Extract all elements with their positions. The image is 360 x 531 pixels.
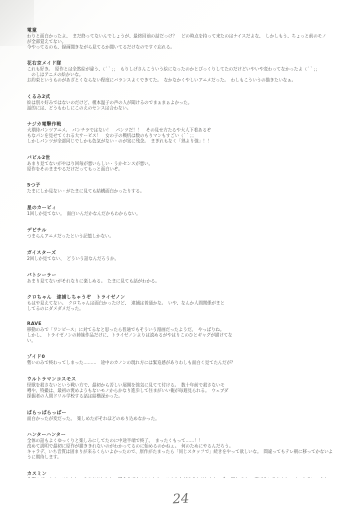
scanned-page-background: 電童 わりと面白かったよ、 まだ終ってないんでしょうが、最終回前の話だっけ？ ど… — [0, 0, 360, 531]
review-section: 電童 わりと面白かったよ、 まだ終ってないんでしょうが、最終回前の話だっけ？ ど… — [27, 26, 336, 50]
review-text-column: 電童 わりと面白かったよ、 まだ終ってないんでしょうが、最終回前の話だっけ？ ど… — [27, 26, 336, 478]
review-section: デビチル つまらんアニメだったという記憶しかない。 — [27, 226, 336, 239]
section-body: 怪獣を殺さないという戦い方で、最初から苦しい展開を強気に見てて付ける。 数十年前… — [27, 383, 336, 399]
section-title: 星のカービィ — [27, 204, 336, 211]
section-text-line: い。 — [27, 338, 336, 343]
section-title: ハンターハンター — [27, 431, 336, 438]
review-section: RAVE 移動のみで「ワンピース」に対てるなと思ったら普通でもそういう漫画だった… — [27, 321, 336, 344]
section-text-line: 今やってるのも、録画聞きながら見てるか聞いてるだけなのですぐ忘れる。 — [27, 45, 336, 50]
section-title: バトシーラー — [27, 271, 336, 278]
page-number: 24 — [166, 491, 197, 508]
section-body: 今期のダークホース！！！ うおおお！！！ 燃えるぜカスミン！！ こんな女があると… — [27, 477, 336, 478]
section-body: 大期待パンツアニメ。 パンチラではない！ パンツだ！！ その見せ方たるや大人下着… — [27, 128, 336, 144]
review-section: 花右京メイド隊 これも好き。 原作とは全然絵が違う、（´｀；； もりしげさんこう… — [27, 59, 336, 83]
review-section: ぱらっぱらっぱー 面白かったが変だった。 楽しめたがそれほどのめり込めなかった。 — [27, 408, 336, 421]
section-text-line: しかしパンツが全部同じでしかも色気がない・のが実に残念。 まぎれもなく「熟より強… — [27, 139, 336, 144]
section-text-line: つまらんアニメだったという記憶しかない。 — [27, 234, 336, 239]
section-title: カスミン — [27, 469, 336, 476]
review-section: ナジカ電撃作戦 大期待パンツアニメ。 パンチラではない！ パンツだ！！ その見せ… — [27, 120, 336, 144]
section-body: 絵は別々好みではないのだけど、榎本温子の声の人が聞けるのでまぁまぁよかった。話的… — [27, 100, 336, 111]
review-section: くるみ2式 絵は別々好みではないのだけど、榎本温子の声の人が聞けるのでまぁまぁよ… — [27, 92, 336, 111]
review-section: 星のカービィ 1回しか見てない。 面白いんだかなんだかもわからない。 — [27, 204, 336, 217]
section-text-line: 面白かったが変だった。 楽しめたがそれほどのめり込めなかった。 — [27, 416, 336, 421]
section-title: バビル2世 — [27, 153, 336, 160]
review-section: バビル2世 あまり見てないがやはり回毎が悪いらしい・うかセンスが悪い。原作をその… — [27, 153, 336, 172]
section-text-line: お約束というものがあざとくならない程度にバランスよくできてた。 なかなかくやしい… — [27, 78, 336, 83]
section-body: 面白かったが変だった。 楽しめたがそれほどのめり込めなかった。 — [27, 416, 336, 421]
section-body: 勢いのみで終わってしまった……… 途中のカノンの現れ方には緊迫感がありわしも面白… — [27, 361, 336, 366]
section-title: 5つ子 — [27, 181, 336, 188]
review-section: ガイスターズ 2回しか見てない、 どういう話なんだろうか。 — [27, 248, 336, 261]
section-body: あまり見てないがそれなりに楽しめる。 たまに見ても話がわかる。 — [27, 279, 336, 284]
section-text-line: 1回しか見てない。 面白いんだかなんだかもわからない。 — [27, 212, 336, 217]
section-text-line: 採掘者の人間ドリル学校する話は結構深かった。 — [27, 394, 336, 399]
review-section: 5つ子 たまにしか見ない・がたまに見ても結構面白かったりする。 — [27, 181, 336, 194]
section-title: ぱらっぱらっぱー — [27, 408, 336, 415]
section-title: ガイスターズ — [27, 248, 336, 255]
section-title: 電童 — [27, 26, 336, 33]
section-body: もはや見えてない。 クロちゃんは面白かったけど、 逮捕は普通かな。 いや、なんか… — [27, 301, 336, 312]
review-section: バトシーラー あまり見てないがそれなりに楽しめる。 たまに見ても話がわかる。 — [27, 271, 336, 284]
section-body: わりと面白かったよ、 まだ終ってないんでしょうが、最終回前の話だっけ？ どの時点… — [27, 34, 336, 50]
section-title: くるみ2式 — [27, 92, 336, 99]
review-section: クロちゃん 逮捕しちゃうぞ トライゼノン もはや見えてない。 クロちゃんは面白か… — [27, 293, 336, 312]
section-title: RAVE — [27, 321, 336, 327]
section-body: つまらんアニメだったという記憶しかない。 — [27, 234, 336, 239]
section-title: ナジカ電撃作戦 — [27, 120, 336, 127]
section-text-line: キャラデ、いち音質は固まりが来るくらいよかったので、原作がたまったら「同じスタッ… — [27, 449, 336, 454]
review-section: ハンターハンター 全体の話もよくゆっくりと楽しみにしてたのに中途半端で終了。 ま… — [27, 431, 336, 461]
section-text-line: 2回しか見てない、 どういう話なんだろうか。 — [27, 256, 336, 261]
section-title: 花右京メイド隊 — [27, 59, 336, 66]
section-text-line: わりと面白かったよ、 まだ終ってないんでしょうが、最終回前の話だっけ？ どの時点… — [27, 34, 336, 39]
section-body: 移動のみで「ワンピース」に対てるなと思ったら普通でもそういう漫画だったようだ。 … — [27, 327, 336, 343]
review-section: ゾイド0 勢いのみで終わってしまった……… 途中のカノンの現れ方には緊迫感があり… — [27, 353, 336, 366]
section-text-line: あまり見てないがそれなりに楽しめる。 たまに見ても話がわかる。 — [27, 279, 336, 284]
section-body: 1回しか見てない。 面白いんだかなんだかもわからない。 — [27, 212, 336, 217]
section-title: クロちゃん 逮捕しちゃうぞ トライゼノン — [27, 293, 336, 300]
section-text-line: 勢いのみで終わってしまった……… 途中のカノンの現れ方には緊迫感がありわしも面白… — [27, 361, 336, 366]
section-text-line: 話的には、どうもわしにこのえのセンスは合わない。 — [27, 106, 336, 111]
section-text-line: してるのにダメダメだった。 — [27, 307, 336, 312]
section-text-line: 原作をそのままやるだけだってもっと面白いぞ。 — [27, 167, 336, 172]
section-title: デビチル — [27, 226, 336, 233]
review-section: カスミン 今期のダークホース！！！ うおおお！！！ 燃えるぜカスミン！！ こんな… — [27, 469, 336, 478]
section-text-line: 今期のダークホース！！！ うおおお！！！ 燃えるぜカスミン！！ こんな女があると… — [27, 477, 336, 478]
section-title: ゾイド0 — [27, 353, 336, 360]
section-text-line: うに期待します。 — [27, 455, 336, 460]
section-body: たまにしか見ない・がたまに見ても結構面白かったりする。 — [27, 189, 336, 194]
section-body: 全体の話もよくゆっくりと楽しみにしてたのに中途半端で終了。 まったくもって……！… — [27, 439, 336, 461]
review-section: ウルトラマンコスモス 怪獣を殺さないという戦い方で、最初から苦しい展開を強気に見… — [27, 375, 336, 399]
section-body: あまり見てないがやはり回毎が悪いらしい・うかセンスが悪い。原作をそのままやるだけ… — [27, 161, 336, 172]
section-title: ウルトラマンコスモス — [27, 375, 336, 382]
section-body: 2回しか見てない、 どういう話なんだろうか。 — [27, 256, 336, 261]
section-text-line: たまにしか見ない・がたまに見ても結構面白かったりする。 — [27, 189, 336, 194]
section-body: これも好き。 原作とは全然絵が違う、（´｀；； もりしげさんこういう絵になったの… — [27, 67, 336, 83]
